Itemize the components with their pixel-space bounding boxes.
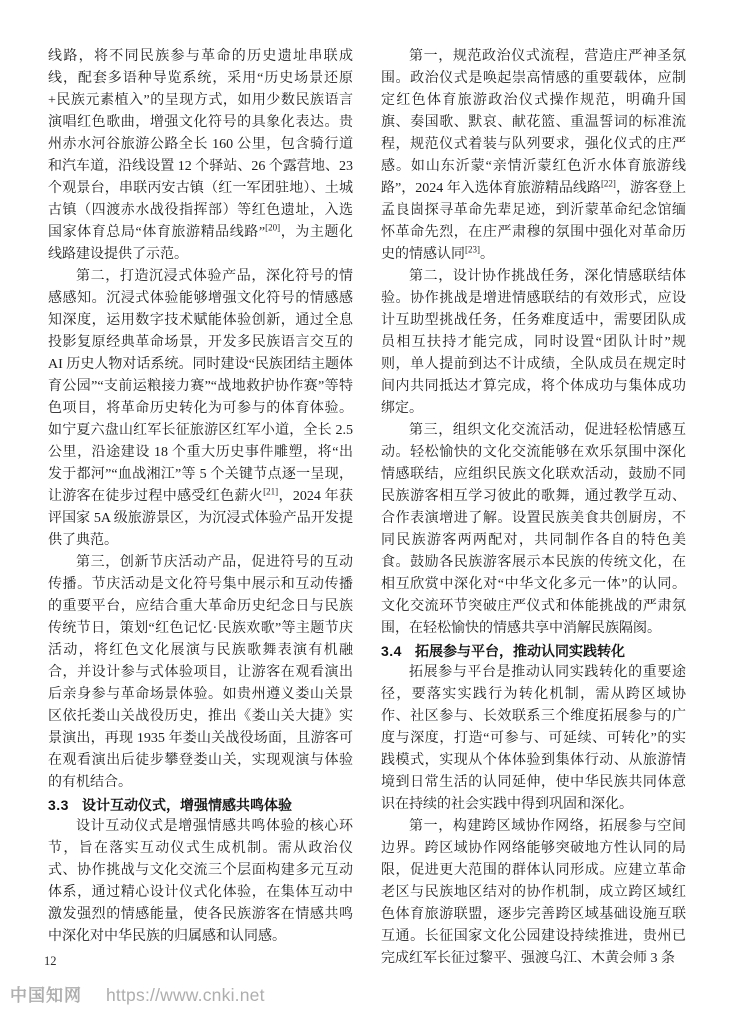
citation-ref: [21]: [263, 486, 278, 496]
section-number: 3.4: [381, 643, 402, 659]
paragraph: 线路，将不同民族参与革命的历史遗址串联成线，配套多语种导览系统，采用“历史场景还…: [48, 46, 353, 266]
section-title: 设计互动仪式，增强情感共鸣体验: [82, 797, 292, 813]
citation-ref: [22]: [601, 178, 616, 188]
paragraph: 设计互动仪式是增强情感共鸣体验的核心环节，旨在落实互动仪式生成机制。需从政治仪式…: [48, 816, 353, 948]
paragraph: 第三，组织文化交流活动，促进轻松情感互动。轻松愉快的文化交流能够在欢乐氛围中深化…: [381, 420, 686, 640]
paragraph: 第二，打造沉浸式体验产品，深化符号的情感感知。沉浸式体验能够增强文化符号的情感感…: [48, 266, 353, 552]
page-number: 12: [44, 953, 57, 969]
section-heading: 3.4拓展参与平台，推动认同实践转化: [381, 640, 686, 662]
section-number: 3.3: [48, 797, 69, 813]
paragraph: 第三，创新节庆活动产品，促进符号的互动传播。节庆活动是文化符号集中展示和互动传播…: [48, 552, 353, 794]
cnki-logo-text: 中国知网: [10, 981, 82, 1006]
section-title: 拓展参与平台，推动认同实践转化: [415, 643, 625, 659]
paragraph: 第一，规范政治仪式流程，营造庄严神圣氛围。政治仪式是唤起崇高情感的重要载体，应制…: [381, 46, 686, 266]
cnki-url: https://www.cnki.net: [106, 985, 265, 1006]
paragraph: 第一，构建跨区域协作网络，拓展参与空间边界。跨区域协作网络能够突破地方性认同的局…: [381, 816, 686, 970]
citation-ref: [23]: [465, 244, 480, 254]
cnki-watermark: 中国知网 https://www.cnki.net: [10, 981, 265, 1006]
document-page: 线路，将不同民族参与革命的历史遗址串联成线，配套多语种导览系统，采用“历史场景还…: [0, 0, 731, 1014]
section-heading: 3.3设计互动仪式，增强情感共鸣体验: [48, 794, 353, 816]
column-right: 第一，规范政治仪式流程，营造庄严神圣氛围。政治仪式是唤起崇高情感的重要载体，应制…: [381, 46, 686, 970]
paragraph: 第二，设计协作挑战任务，深化情感联结体验。协作挑战是增进情感联结的有效形式，应设…: [381, 266, 686, 420]
citation-ref: [20]: [265, 222, 280, 232]
paragraph: 拓展参与平台是推动认同实践转化的重要途径，要落实实践行为转化机制，需从跨区域协作…: [381, 662, 686, 816]
column-left: 线路，将不同民族参与革命的历史遗址串联成线，配套多语种导览系统，采用“历史场景还…: [48, 46, 353, 948]
